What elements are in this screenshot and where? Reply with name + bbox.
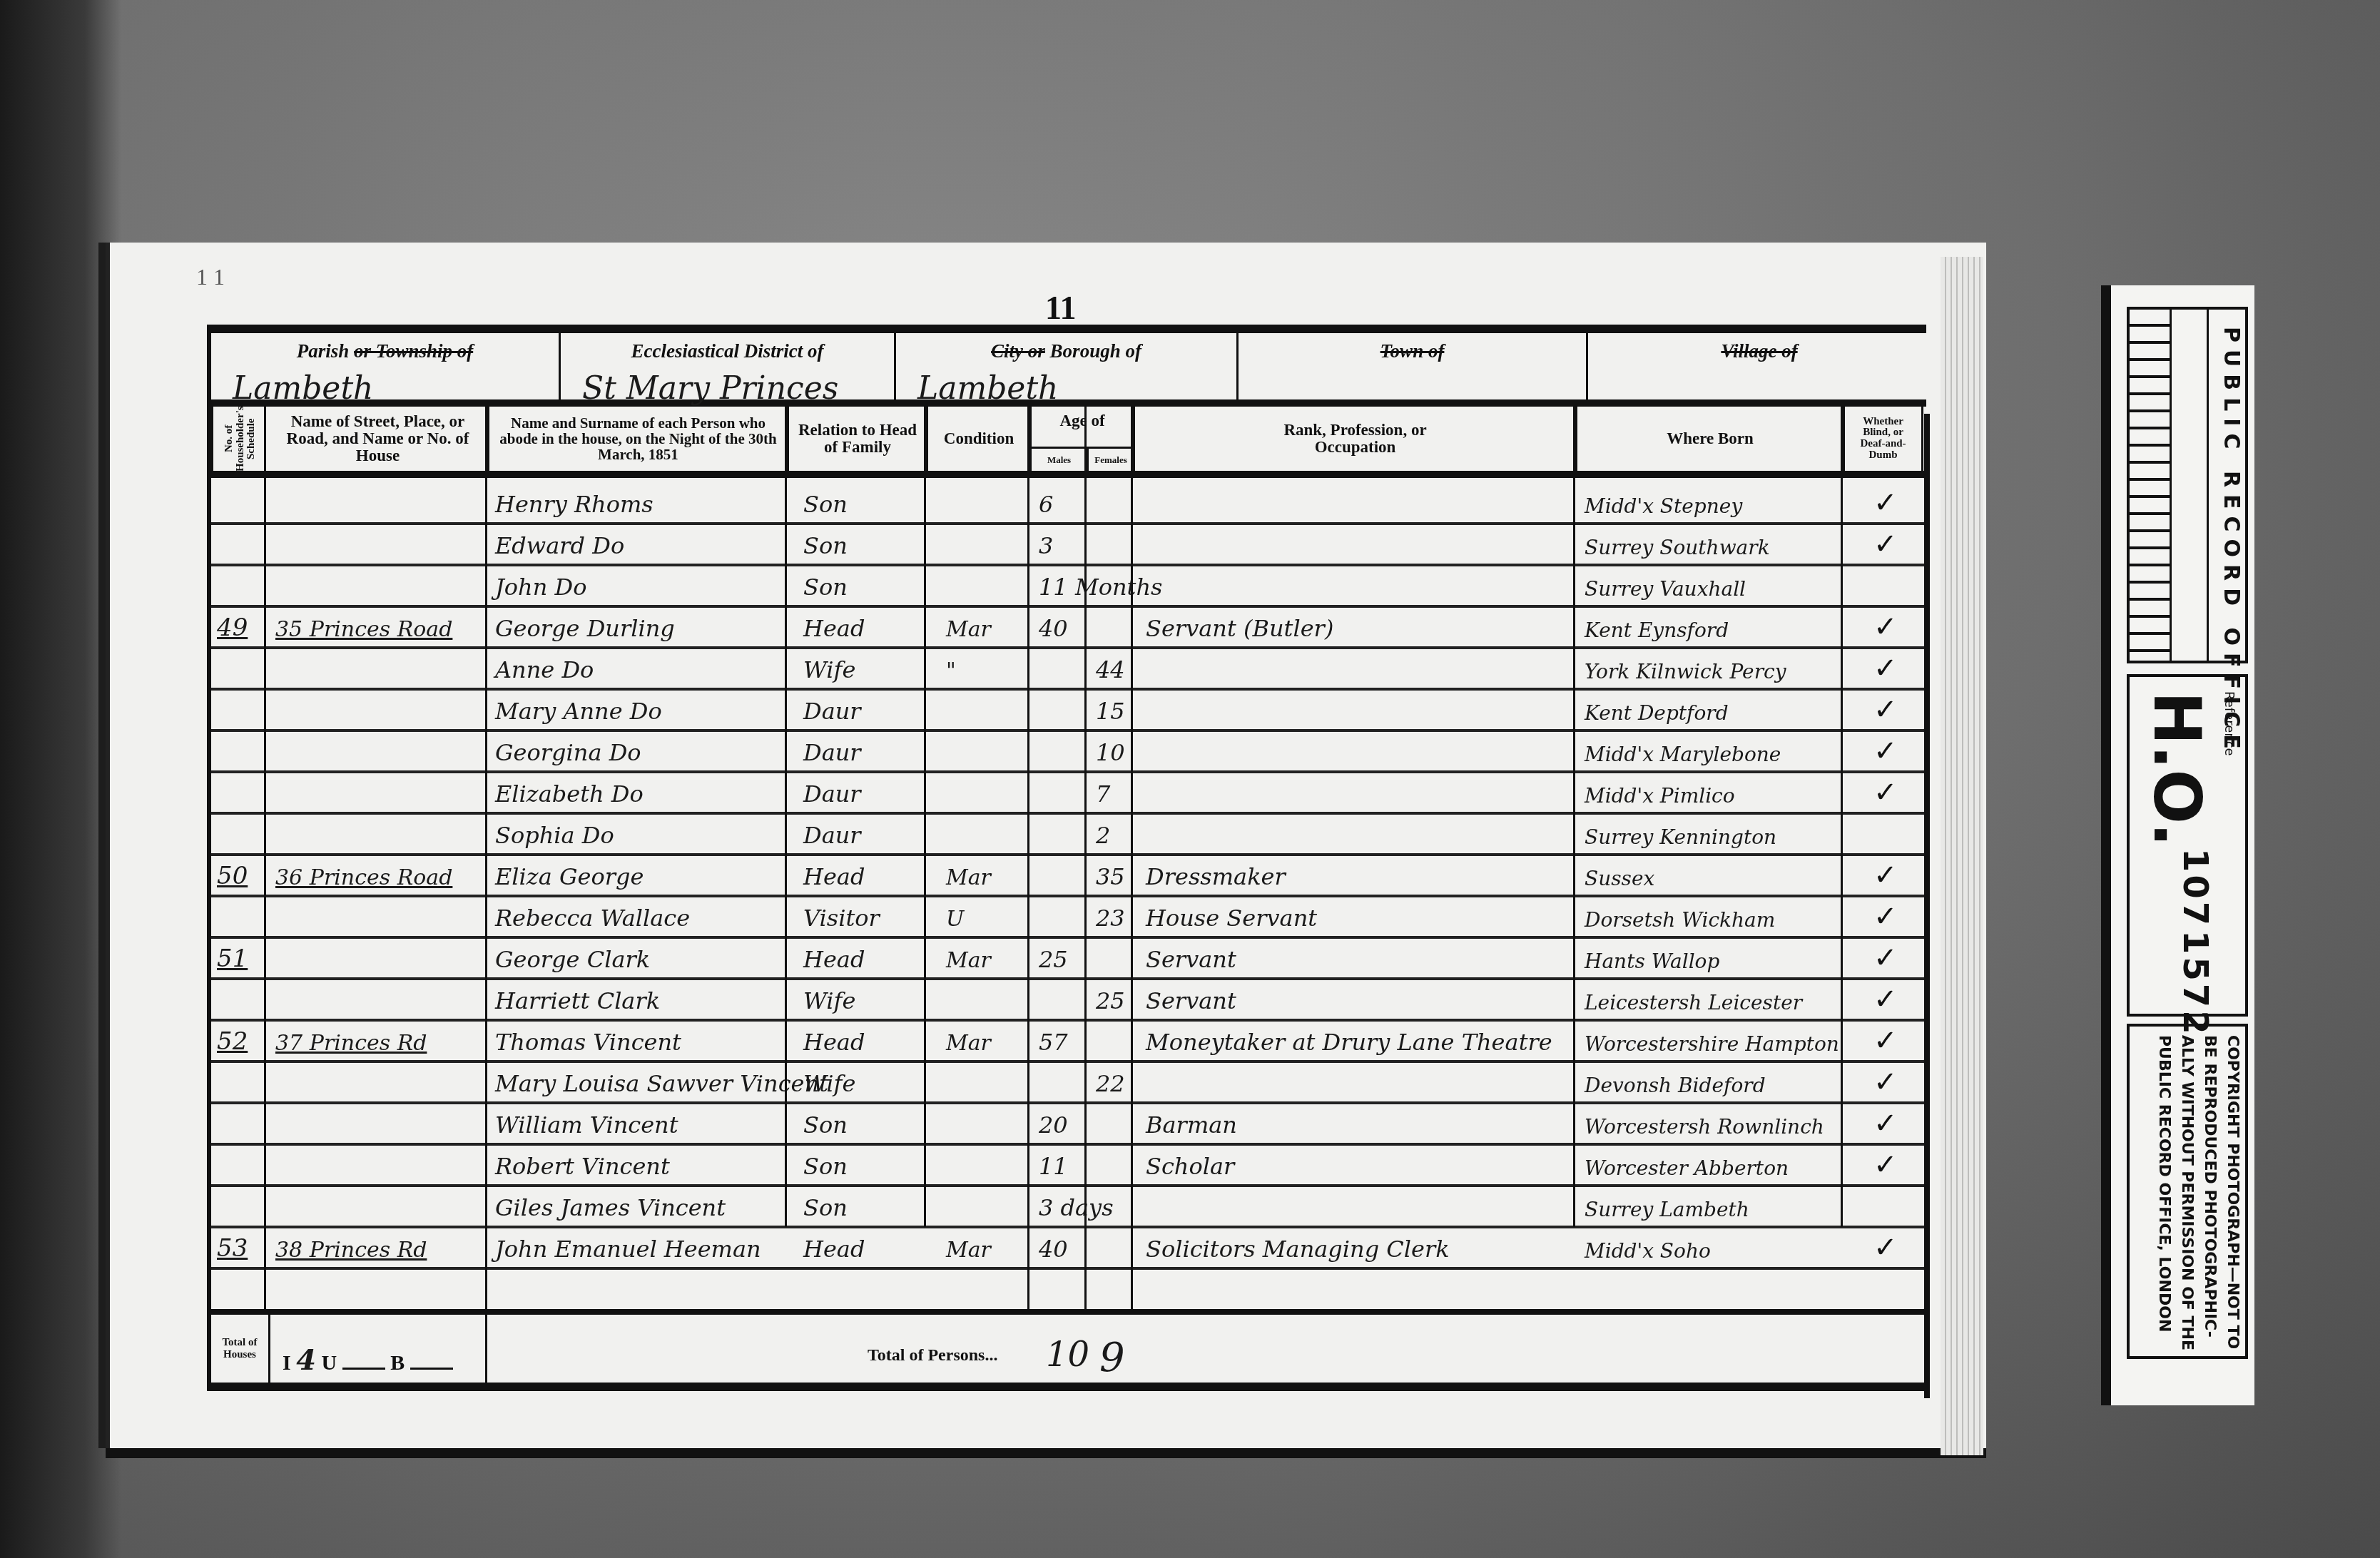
cell-where-born: Midd'x Marylebone [1585,743,1781,766]
cell-name: William Vincent [495,1111,678,1139]
cell-where-born: Midd'x Soho [1585,1239,1711,1263]
cell-relation: Wife [803,656,855,683]
table-row: Elizabeth DoDaur7Midd'x Pimlico✓ [211,773,1926,815]
cell-female-age: 35 [1096,863,1125,890]
cell-relation: Head [803,1236,865,1263]
cell-condition: Mar [946,617,991,642]
uninhabited-prefix: U [322,1351,337,1375]
cell-street: 35 Princes Road [275,617,452,642]
table-row: Giles James VincentSon3 daysSurrey Lambe… [211,1187,1926,1228]
cell-relation: Daur [803,822,861,849]
cell-where-born: Kent Deptford [1585,701,1729,725]
cell-male-age: 11 Months [1039,574,1162,601]
table-row: Rebecca WallaceVisitorU23House ServantDo… [211,897,1926,939]
cell-male-age: 40 [1039,615,1068,642]
cell-occupation: Scholar [1146,1153,1234,1180]
cell-relation: Son [803,1194,848,1221]
cell-where-born: Worcestershire Hampton [1585,1032,1839,1056]
col-blind: Whether Blind, or Deaf-and-Dumb [1845,407,1923,471]
table-row: Sophia DoDaur2Surrey Kennington [211,815,1926,856]
inhabited-value: 4 [296,1343,316,1377]
cell-occupation: Solicitors Managing Clerk [1146,1236,1450,1263]
cell-name: Edward Do [495,532,624,559]
table-row: 5338 Princes RdJohn Emanuel HeemanHeadMa… [211,1228,1926,1270]
col-occupation: Rank, Profession, or Occupation [1135,407,1577,471]
cell-where-born: Leicestersh Leicester [1585,991,1802,1014]
page-stack-edge [1941,257,1983,1455]
checkmark-icon: ✓ [1873,528,1898,561]
col-relation: Relation to Head of Family [789,407,928,471]
cell-name: Eliza George [495,863,644,890]
cell-female-age: 44 [1096,656,1125,683]
col-schedule: No. of Householder's Schedule [211,407,268,471]
cell-where-born: Worcester Abberton [1585,1156,1789,1180]
cell-occupation: House Servant [1146,905,1317,932]
rule-line [1084,407,1087,1313]
cell-name: Mary Anne Do [495,698,662,725]
cell-schedule: 50 [217,862,248,890]
checkmark-icon: ✓ [1873,611,1898,643]
copyright-line: COPYRIGHT PHOTOGRAPH—NOT TO [2221,1035,2244,1350]
col-where-born: Where Born [1577,407,1845,471]
eccl-district-field: Ecclesiastical District of St Mary Princ… [561,333,896,399]
cell-occupation: Servant [1146,987,1236,1014]
cell-name: Robert Vincent [495,1153,670,1180]
reference-label: Reference [2222,691,2237,756]
total-houses-label: Total of Houses [211,1315,270,1383]
cell-condition: Mar [946,1031,991,1056]
cell-name: Harriett Clark [495,987,660,1014]
cell-name: Rebecca Wallace [495,905,690,932]
cell-where-born: Surrey Lambeth [1585,1198,1749,1221]
cell-male-age: 6 [1039,491,1053,518]
cell-where-born: Sussex [1585,867,1654,890]
cell-male-age: 25 [1039,946,1068,973]
column-header-row: No. of Householder's Schedule Name of St… [207,407,1926,478]
borough-label: Borough of [1050,340,1141,362]
cell-name: Henry Rhoms [495,491,654,518]
cell-condition: Mar [946,865,991,890]
table-row: Mary Anne DoDaur15Kent Deptford✓ [211,691,1926,732]
cell-relation: Daur [803,739,861,766]
cell-male-age: 57 [1039,1029,1068,1056]
cell-female-age: 25 [1096,987,1125,1014]
cell-relation: Daur [803,698,861,725]
table-row: Robert VincentSon11ScholarWorcester Abbe… [211,1146,1926,1187]
cell-female-age: 10 [1096,739,1125,766]
cell-condition: U [946,907,964,932]
cell-name: John Do [495,574,586,601]
enumeration-header: Parish or Township of Lambeth Ecclesiast… [207,325,1926,407]
table-row: Henry RhomsSon6Midd'x Stepney✓ [211,484,1926,525]
col-age-females: Females [1089,447,1135,471]
cell-where-born: Devonsh Bideford [1585,1074,1766,1097]
table-row: Anne DoWife"44York Kilnwick Percy✓ [211,649,1926,691]
checkmark-icon: ✓ [1873,1066,1898,1099]
cell-female-age: 7 [1096,780,1110,808]
cell-relation: Wife [803,1070,855,1097]
cell-condition: " [946,658,956,683]
cell-relation: Son [803,1153,848,1180]
background-shadow [0,0,121,1558]
cell-name: Elizabeth Do [495,780,644,808]
rule-line [785,407,787,1227]
cell-where-born: Hants Wallop [1585,949,1719,973]
table-border-right [1924,414,1930,1398]
checkmark-icon: ✓ [1873,652,1898,685]
cell-where-born: Dorsetsh Wickham [1585,908,1775,932]
checkmark-icon: ✓ [1873,735,1898,768]
cell-relation: Head [803,1029,865,1056]
rule-line [485,407,487,1313]
cell-male-age: 40 [1039,1236,1068,1263]
cell-occupation: Moneytaker at Drury Lane Theatre [1146,1029,1552,1056]
cell-name: George Durling [495,615,675,642]
cell-condition: Mar [946,1238,991,1263]
cell-name: George Clark [495,946,650,973]
checkmark-icon: ✓ [1873,1231,1898,1264]
cell-where-born: Midd'x Stepney [1585,494,1742,518]
cell-where-born: Surrey Vauxhall [1585,577,1746,601]
table-row: Georgina DoDaur10Midd'x Marylebone✓ [211,732,1926,773]
cell-where-born: York Kilnwick Percy [1585,660,1786,683]
table-row: 5237 Princes RdThomas VincentHeadMar57Mo… [211,1022,1926,1063]
checkmark-icon: ✓ [1873,983,1898,1016]
total-females: 9 [1099,1335,1125,1381]
cell-female-age: 23 [1096,905,1125,932]
cell-street: 38 Princes Rd [275,1238,427,1263]
table-row: 4935 Princes RoadGeorge DurlingHeadMar40… [211,608,1926,649]
borough-value: Lambeth [917,370,1058,407]
cell-where-born: Midd'x Pimlico [1585,784,1735,808]
cell-schedule: 49 [217,613,248,642]
checkmark-icon: ✓ [1873,1024,1898,1057]
rule-line [1573,407,1575,1227]
col-street: Name of Street, Place, or Road, and Name… [268,407,489,471]
margin-mark: 1 1 [196,264,225,290]
copyright-line: PUBLIC RECORD OFFICE, LONDON [2152,1035,2175,1350]
cell-name: John Emanuel Heeman [495,1236,761,1263]
pro-label-strip: PUBLIC RECORD OFFICE Reference H.O. 107 … [2101,285,2254,1405]
piece-number: 107 [2175,848,2215,928]
cell-male-age: 11 [1039,1153,1068,1180]
parish-value: Lambeth [233,370,373,407]
village-label-struck: Village of [1588,340,1931,362]
cell-relation: Son [803,491,848,518]
cell-relation: Head [803,946,865,973]
cell-name: Sophia Do [495,822,614,849]
checkmark-icon: ✓ [1873,900,1898,933]
cell-where-born: Surrey Southwark [1585,536,1770,559]
cell-street: 37 Princes Rd [275,1031,427,1056]
checkmark-icon: ✓ [1873,859,1898,892]
rule-line [1027,407,1029,1313]
cell-name: Giles James Vincent [495,1194,726,1221]
cell-relation: Head [803,863,865,890]
cell-street: 36 Princes Road [275,865,452,890]
rule-line [1841,407,1843,1227]
cell-relation: Son [803,574,848,601]
table-row: John DoSon11 MonthsSurrey Vauxhall [211,566,1926,608]
cell-name: Georgina Do [495,739,641,766]
cell-male-age: 3 days [1039,1194,1114,1221]
folio-number: 1572 [2175,930,2215,1037]
checkmark-icon: ✓ [1873,487,1898,519]
borough-field: City or Borough of Lambeth [896,333,1239,399]
cell-relation: Wife [803,987,855,1014]
cell-relation: Visitor [803,905,880,932]
col-condition: Condition [928,407,1032,471]
cell-where-born: Kent Eynsford [1585,618,1729,642]
table-row: 5036 Princes RoadEliza GeorgeHeadMar35Dr… [211,856,1926,897]
col-age-males: Males [1032,447,1089,471]
cell-relation: Son [803,532,848,559]
cell-occupation: Barman [1146,1111,1237,1139]
cell-condition: Mar [946,948,991,973]
cell-relation: Daur [803,780,861,808]
rule-line [1131,407,1133,1313]
cell-schedule: 53 [217,1234,248,1263]
table-row: Edward DoSon3Surrey Southwark✓ [211,525,1926,566]
cell-occupation: Servant (Butler) [1146,615,1333,642]
cell-female-age: 22 [1096,1070,1125,1097]
census-rows: Henry RhomsSon6Midd'x Stepney✓Edward DoS… [207,478,1926,1309]
cell-male-age: 20 [1039,1111,1068,1139]
ruler: PUBLIC RECORD OFFICE [2127,307,2248,663]
eccl-district-value: St Mary Princes [582,370,838,407]
cell-relation: Head [803,615,865,642]
town-label-struck: Town of [1239,340,1586,362]
copyright-line: ALLY WITHOUT PERMISSION OF THE [2175,1035,2198,1350]
cell-where-born: Worcestersh Rownlinch [1585,1115,1824,1139]
inhabited-prefix: I [283,1351,291,1375]
table-row: Mary Louisa Sawver VincentWife22Devonsh … [211,1063,1926,1104]
cell-male-age: 3 [1039,532,1053,559]
checkmark-icon: ✓ [1873,776,1898,809]
rule-line [264,407,266,1313]
copyright-line: BE REPRODUCED PHOTOGRAPHIC- [2198,1035,2221,1350]
table-row: 51George ClarkHeadMar25ServantHants Wall… [211,939,1926,980]
rule-line [924,407,926,1227]
parish-label-struck: or Township of [354,340,473,362]
checkmark-icon: ✓ [1873,1149,1898,1181]
page-number: 11 [1045,289,1076,327]
reference-box: Reference H.O. 107 1572 [2127,674,2248,1017]
col-name: Name and Surname of each Person who abod… [489,407,789,471]
copyright-notice: COPYRIGHT PHOTOGRAPH—NOT TOBE REPRODUCED… [2152,1035,2244,1350]
total-persons-label: Total of Persons... [868,1346,997,1365]
checkmark-icon: ✓ [1873,942,1898,974]
checkmark-icon: ✓ [1873,693,1898,726]
cell-relation: Son [803,1111,848,1139]
cell-schedule: 51 [217,945,248,973]
parish-label: Parish [297,340,350,362]
copyright-box: COPYRIGHT PHOTOGRAPH—NOT TOBE REPRODUCED… [2127,1024,2248,1359]
cell-where-born: Surrey Kennington [1585,825,1776,849]
cell-name: Thomas Vincent [495,1029,681,1056]
building-prefix: B [390,1351,405,1375]
checkmark-icon: ✓ [1873,1107,1898,1140]
cell-name: Mary Louisa Sawver Vincent [495,1070,828,1097]
cell-occupation: Servant [1146,946,1236,973]
series-code: H.O. [2139,691,2214,847]
village-field: Village of [1588,333,1931,399]
cell-occupation: Dressmaker [1146,863,1286,890]
town-field: Town of [1239,333,1588,399]
table-row: Harriett ClarkWife25ServantLeicestersh L… [211,980,1926,1022]
cell-name: Anne Do [495,656,594,683]
borough-label-struck: City or [991,340,1045,362]
totals-row: Total of Houses I 4 U B Total of Persons… [207,1309,1926,1391]
parish-field: Parish or Township of Lambeth [211,333,561,399]
cell-schedule: 52 [217,1027,248,1056]
table-row: William VincentSon20BarmanWorcestersh Ro… [211,1104,1926,1146]
cell-female-age: 2 [1096,822,1110,849]
eccl-district-label: Ecclesiastical District of [561,340,894,362]
cell-female-age: 15 [1096,698,1125,725]
total-males: 10 [1046,1335,1089,1375]
